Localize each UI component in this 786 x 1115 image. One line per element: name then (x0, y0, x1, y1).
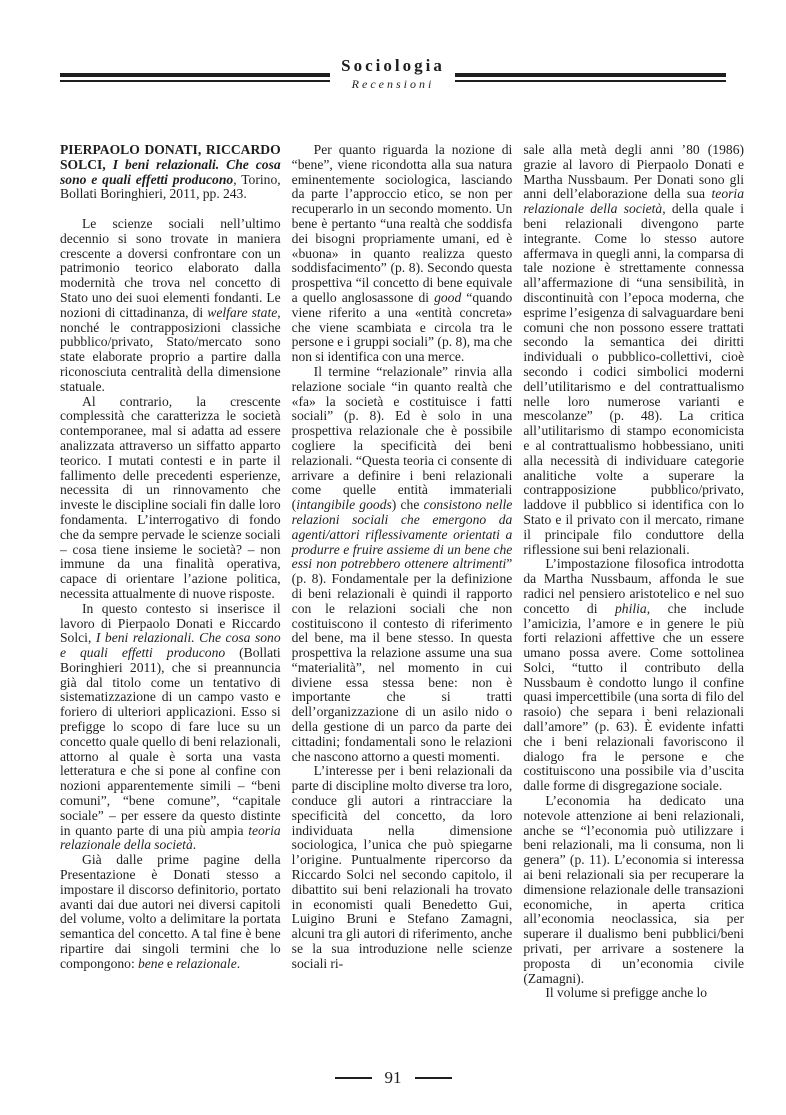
paragraph: L’interesse per i beni relazionali da pa… (292, 764, 513, 971)
column-1: PIERPAOLO DONATI, RICCARDO SOLCI, I beni… (60, 143, 281, 1001)
paragraph: sale alla metà degli anni ’80 (1986) gra… (523, 143, 744, 557)
paragraph: Al contrario, la crescente complessità c… (60, 395, 281, 602)
page-footer: 91 (0, 1068, 786, 1088)
paragraph: Il termine “relazionale” rinvia alla rel… (292, 365, 513, 765)
paragraph: L’economia ha dedicato una notevole atte… (523, 794, 744, 986)
paragraph: Già dalle prime pagine della Presentazio… (60, 853, 281, 971)
footer-rule-right (415, 1077, 452, 1079)
footer-rule-left (335, 1077, 372, 1079)
paragraph: Il volume si prefigge anche lo (523, 986, 744, 1001)
article-columns: PIERPAOLO DONATI, RICCARDO SOLCI, I beni… (60, 143, 744, 1001)
column-2: Per quanto riguarda la nozione di “bene”… (292, 143, 513, 1001)
paragraph: In questo contesto si inserisce il lavor… (60, 602, 281, 854)
page-number: 91 (385, 1068, 402, 1088)
paragraph: Per quanto riguarda la nozione di “bene”… (292, 143, 513, 365)
book-citation: PIERPAOLO DONATI, RICCARDO SOLCI, I beni… (60, 143, 281, 202)
header-rule-right (455, 73, 726, 82)
paragraph: L’impostazione filosofica introdotta da … (523, 557, 744, 794)
column-3: sale alla metà degli anni ’80 (1986) gra… (523, 143, 744, 1001)
paragraph: Le scienze sociali nell’ultimo decennio … (60, 217, 281, 395)
journal-page: Sociologia Recensioni PIERPAOLO DONATI, … (0, 0, 786, 1115)
